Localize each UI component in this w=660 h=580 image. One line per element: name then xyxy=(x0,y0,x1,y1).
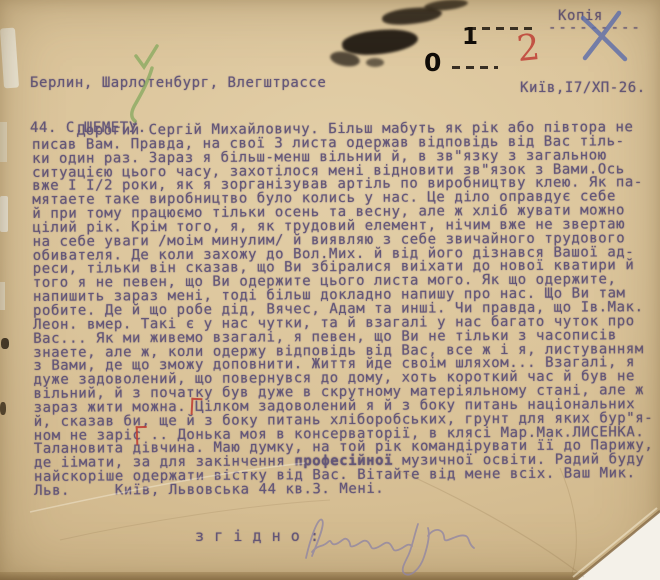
stamp-smudge xyxy=(366,58,384,67)
adjacent-page-sliver xyxy=(0,196,8,232)
adjacent-page-sliver xyxy=(0,122,7,162)
typed-line: Льв. Київ, Львовська 44 кв.3. Мені. xyxy=(34,481,654,499)
page-bottom-edge-shadow xyxy=(0,572,660,580)
stamp-digit-zero: 0 xyxy=(424,48,441,77)
letter-body: Дорогий Сергій Михайловичу. Більш мабуть… xyxy=(32,121,654,499)
stamp-digit-one: 1 xyxy=(462,24,478,50)
adjacent-page-sliver xyxy=(0,28,19,89)
dateline: Київ,І7/ХП-26. xyxy=(520,80,646,96)
red-pencil-page-number: 2 xyxy=(515,27,542,70)
address-line-1: Берлин, Шарлотенбург, Влегштрассе xyxy=(30,76,326,91)
edge-ink-speck xyxy=(0,402,6,415)
copy-label-underline: --------- xyxy=(548,20,642,36)
edge-ink-speck xyxy=(1,338,9,349)
letter-paper: Берлин, Шарлотенбург, Влегштрассе 44. С.… xyxy=(0,0,660,580)
red-pencil-bracket-mark xyxy=(136,426,148,445)
certification-line: з г і д н о : xyxy=(195,527,320,545)
stamp-dashes xyxy=(452,66,498,69)
adjacent-page-sliver xyxy=(0,282,5,310)
black-ink-stamp: 1 0 xyxy=(336,0,540,84)
red-pencil-bracket-open xyxy=(191,398,203,416)
scanned-letter-page: Берлин, Шарлотенбург, Влегштрассе 44. С.… xyxy=(0,0,660,580)
